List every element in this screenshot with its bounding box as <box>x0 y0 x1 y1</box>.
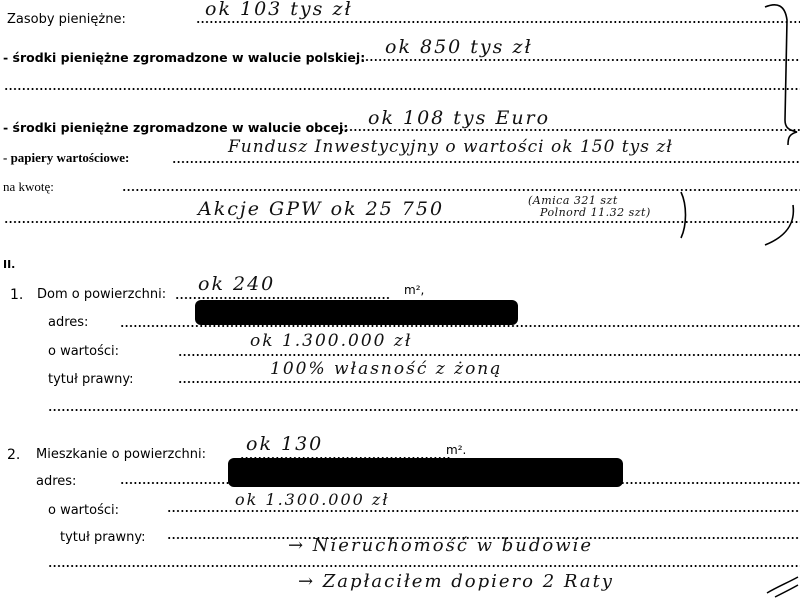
apartment-area-value[interactable]: ok 130 <box>246 433 323 455</box>
house-extra-line <box>48 409 800 411</box>
foreign-funds-value[interactable]: ok 108 tys Euro <box>368 107 550 129</box>
apartment-title-value-line1[interactable]: → Nieruchomość w budowie <box>288 535 593 556</box>
amount-note-line2: Polnord 11.32 szt) <box>540 207 651 218</box>
house-title-label: tytuł prawny: <box>48 372 134 387</box>
house-area-value[interactable]: ok 240 <box>198 273 275 295</box>
apartment-value-dotted-line <box>167 510 800 512</box>
pln-funds-value[interactable]: ok 850 tys zł <box>385 36 533 58</box>
house-address-dotted-line <box>120 325 800 327</box>
apartment-title-label: tytuł prawny: <box>60 530 146 545</box>
amount-dotted-line <box>122 189 800 191</box>
house-address-redaction <box>195 300 518 325</box>
cash-resources-label: Zasoby pieniężne: <box>7 12 126 27</box>
house-title-value[interactable]: 100% własność z żoną <box>270 359 502 379</box>
securities-value[interactable]: Fundusz Inwestycyjny o wartości ok 150 t… <box>228 137 673 157</box>
house-value-label: o wartości: <box>48 344 119 359</box>
house-area-unit: m², <box>404 283 424 297</box>
apartment-area-label: Mieszkanie o powierzchni: <box>36 447 206 462</box>
amount-value[interactable]: Akcje GPW ok 25 750 <box>198 198 444 220</box>
house-address-label: adres: <box>48 315 88 330</box>
pln-funds-extra-line <box>4 88 800 90</box>
amount-note-line1: (Amica 321 szt <box>528 195 618 206</box>
handwritten-bracket <box>755 0 800 250</box>
apartment-title-value-line2[interactable]: → Zapłaciłem dopiero 2 Raty <box>298 571 614 592</box>
apartment-extra-line <box>48 565 800 567</box>
apartment-number: 2. <box>7 447 20 463</box>
pln-funds-label: - środki pieniężne zgromadzone w walucie… <box>3 50 365 65</box>
securities-dotted-line <box>172 161 800 163</box>
apartment-address-redaction <box>228 458 623 487</box>
house-value-dotted-line <box>178 354 800 356</box>
section-ii-heading: II. <box>3 258 15 271</box>
house-value[interactable]: ok 1.300.000 zł <box>250 331 412 351</box>
apartment-value-label: o wartości: <box>48 503 119 518</box>
handwritten-scribble <box>765 575 800 600</box>
house-area-label: Dom o powierzchni: <box>37 287 166 302</box>
foreign-funds-dotted-line <box>340 129 800 131</box>
foreign-funds-label: - środki pieniężne zgromadzone w walucie… <box>3 120 348 135</box>
cash-resources-value[interactable]: ok 103 tys zł <box>205 0 353 20</box>
house-area-dotted-line <box>175 297 390 299</box>
apartment-area-unit: m². <box>446 443 466 457</box>
pln-funds-dotted-line <box>356 59 800 61</box>
securities-label: - papiery wartościowe: <box>3 150 129 166</box>
handwritten-bracket-small <box>675 190 695 240</box>
amount-label: na kwotę: <box>3 179 54 195</box>
house-number: 1. <box>10 287 23 303</box>
apartment-address-label: adres: <box>36 474 76 489</box>
amount-value-dotted-line <box>4 221 800 223</box>
apartment-value[interactable]: ok 1.300.000 zł <box>235 490 390 509</box>
house-title-dotted-line <box>178 381 800 383</box>
cash-resources-dotted-line <box>196 21 800 23</box>
